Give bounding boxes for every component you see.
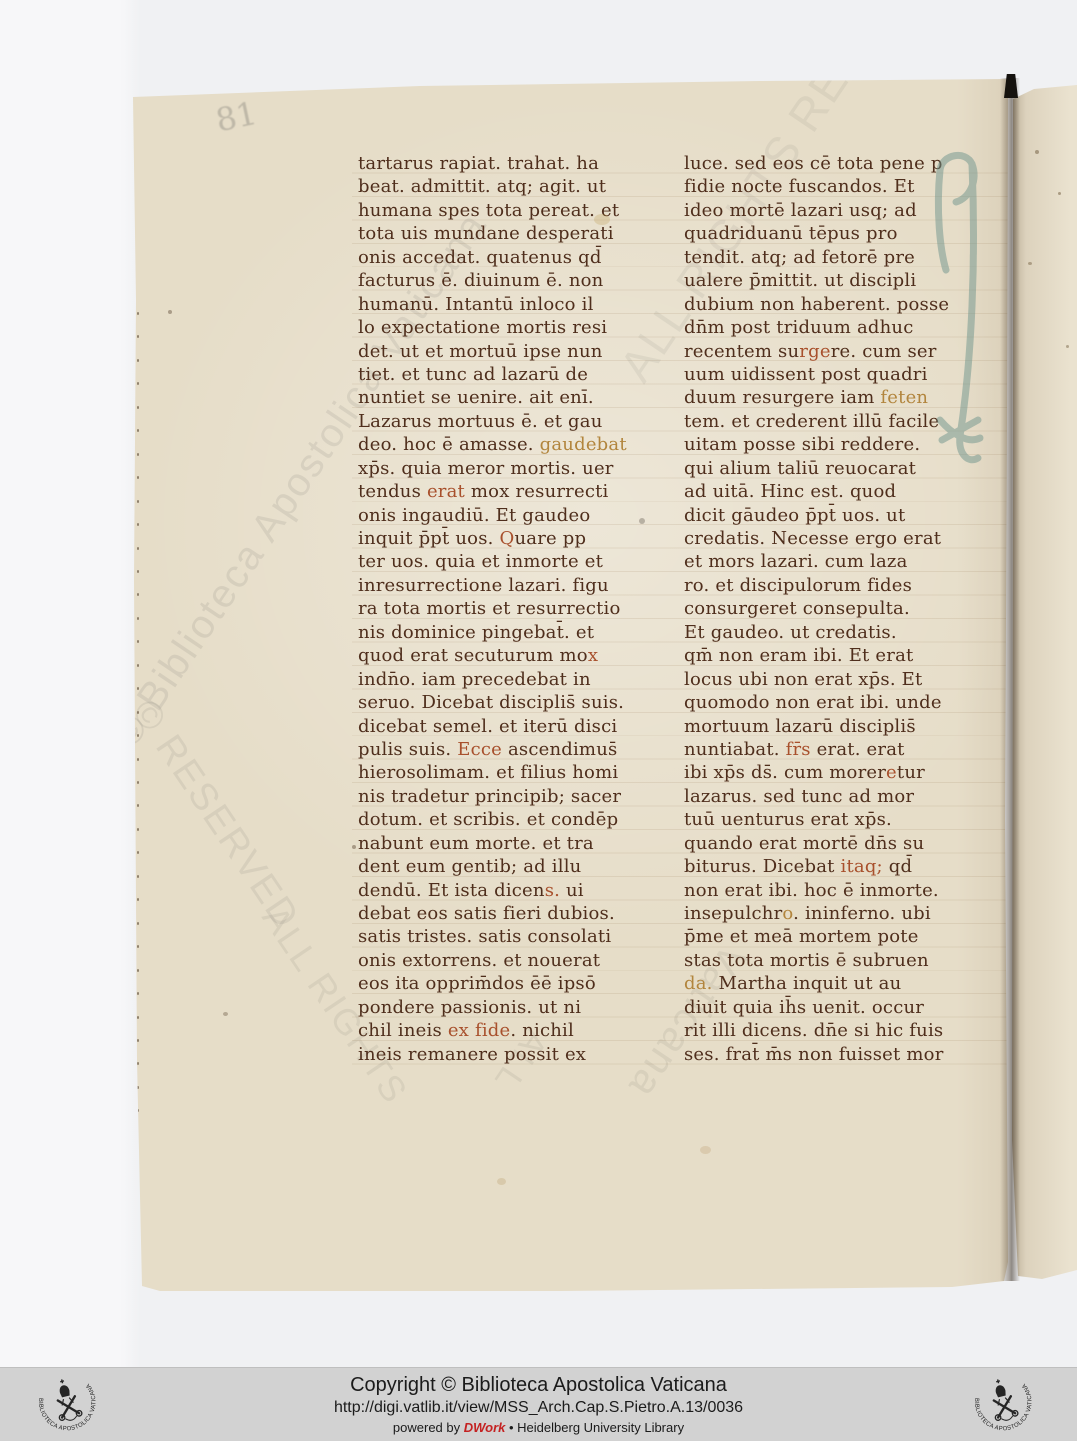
pricking-hole [137, 500, 139, 503]
manuscript-text-segment: Q [500, 528, 515, 549]
stain-spot [1066, 345, 1069, 348]
manuscript-text-segment: ascendimus̄ [502, 739, 617, 760]
manuscript-line: mortuum lazarū disciplis̄ [684, 715, 1006, 738]
manuscript-line: nis dominice pingebat̄. et [358, 621, 680, 644]
pricking-hole [137, 617, 139, 620]
manuscript-line: Lazarus mortuus ē. et gau [358, 410, 680, 433]
pricking-hole [137, 945, 139, 948]
manuscript-line: Et gaudeo. ut credatis. [684, 621, 1006, 644]
manuscript-line: pondere passionis. ut ni [358, 996, 680, 1019]
pricking-hole [137, 875, 139, 878]
pricking-hole [137, 453, 139, 456]
pricking-hole [137, 1109, 139, 1112]
pricking-hole [137, 359, 139, 362]
manuscript-line: lo expectatione mortis resi [358, 316, 680, 339]
manuscript-line: deo. hoc ē amasse. gaudebat [358, 433, 680, 456]
manuscript-text-segment: inresurrectione lazari. figu [358, 575, 609, 596]
manuscript-text-segment: uum uidissent post quadri [684, 364, 928, 385]
manuscript-text-segment: tuū uenturus erat xp̄s. [684, 809, 892, 830]
manuscript-line: credatis. Necesse ergo erat [684, 527, 1006, 550]
manuscript-line: biturus. Dicebat itaq; qd̄ [684, 855, 1006, 878]
manuscript-text-segment: ses. frat̄ m̄s non fuisset mor [684, 1044, 944, 1065]
footer-url: http://digi.vatlib.it/view/MSS_Arch.Cap.… [0, 1399, 1077, 1417]
pricking-hole [137, 711, 139, 714]
manuscript-text-segment: fidie nocte fuscandos. Et [684, 176, 915, 197]
svg-text:BIBLIOTECA APOSTOLICA VATICANA: BIBLIOTECA APOSTOLICA VATICANA [970, 1381, 1040, 1439]
manuscript-text-segment: pulis suis. [358, 739, 457, 760]
manuscript-text-segment: consurgeret consepulta. [684, 598, 910, 619]
manuscript-text-segment: ex fide [448, 1020, 511, 1041]
manuscript-text-segment: indn̄o. iam precedebat in [358, 669, 591, 690]
manuscript-text-segment: dicit gāudeo p̄pt̄ uos. ut [684, 505, 905, 526]
manuscript-text-segment: Et gaudeo. ut credatis. [684, 622, 897, 643]
pricking-hole [137, 547, 139, 550]
manuscript-line: xp̄s. quia meror mortis. uer [358, 457, 680, 480]
manuscript-text-segment: hierosolimam. et filius homi [358, 762, 618, 783]
manuscript-text-segment: onis accedat. quatenus qd̄ [358, 247, 602, 268]
manuscript-text-segment: nis dominice pingebat̄. et [358, 622, 594, 643]
manuscript-line: dicit gāudeo p̄pt̄ uos. ut [684, 504, 1006, 527]
manuscript-text-segment: xp̄s. quia meror mortis. uer [358, 458, 614, 479]
manuscript-text-segment: qm̄ non eram ibi. Et erat [684, 645, 913, 666]
stain-spot [639, 518, 645, 524]
manuscript-text-segment: inquit p̄pt̄ uos. [358, 528, 500, 549]
manuscript-line: facturus ē. diuinum ē. non [358, 269, 680, 292]
manuscript-text-segment: uare pp [514, 528, 586, 549]
manuscript-text-segment: onis extorrens. et nouerat [358, 950, 600, 971]
viewer-footer: Copyright © Biblioteca Apostolica Vatica… [0, 1367, 1077, 1441]
manuscript-text-segment: non erat ibi. hoc ē inmorte. [684, 880, 939, 901]
manuscript-line: debat eos satis fieri dubios. [358, 902, 680, 925]
manuscript-line: onis extorrens. et nouerat [358, 949, 680, 972]
powered-by-separator: • [505, 1420, 517, 1435]
manuscript-line: nis tradetur principib; sacer [358, 785, 680, 808]
manuscript-text-segment: s. [545, 880, 560, 901]
manuscript-text-segment: ad uitā. Hinc est. quod [684, 481, 896, 502]
manuscript-line: dent eum gentib; ad illu [358, 855, 680, 878]
manuscript-text-segment: humana spes tota pereat. et [358, 200, 619, 221]
manuscript-line: dendū. Et ista dicens. ui [358, 879, 680, 902]
manuscript-text-segment: tem. et crederent illū facile [684, 411, 939, 432]
manuscript-line: stas tota mortis ē subruen [684, 949, 1006, 972]
manuscript-text-segment: quod erat secuturum mo [358, 645, 588, 666]
manuscript-viewer: © Biblioteca Apostolica VaticanaALL RIGH… [0, 0, 1077, 1441]
manuscript-line: quando erat mortē dn̄s su [684, 832, 1006, 855]
manuscript-line: humanū. Intantū inloco il [358, 293, 680, 316]
page-gutter [1000, 78, 1020, 1281]
pricking-hole [137, 570, 139, 573]
manuscript-line: consurgeret consepulta. [684, 597, 1006, 620]
manuscript-text-segment: ro. et discipulorum fides [684, 575, 912, 596]
manuscript-text-segment: nabunt eum morte. et tra [358, 833, 594, 854]
manuscript-line: rit illi dicens. dn̄e si hic fuis [684, 1019, 1006, 1042]
manuscript-text-segment: et mors lazari. cum laza [684, 551, 908, 572]
manuscript-line: et mors lazari. cum laza [684, 550, 1006, 573]
manuscript-text-segment: da. [684, 973, 713, 994]
manuscript-text-segment: ualere p̄mittit. ut discipli [684, 270, 916, 291]
manuscript-line: ra tota mortis et resurrectio [358, 597, 680, 620]
manuscript-text-segment: p̄me et meā mortem pote [684, 926, 919, 947]
manuscript-line: tiet. et tunc ad lazarū de [358, 363, 680, 386]
manuscript-line: humana spes tota pereat. et [358, 199, 680, 222]
manuscript-text-segment: eos ita opprim̄dos ēē ipsō [358, 973, 596, 994]
pricking-hole [137, 758, 139, 761]
manuscript-line: da. Martha inquit ut au [684, 972, 1006, 995]
manuscript-text-segment: lazarus. sed tunc ad mor [684, 786, 914, 807]
manuscript-line: satis tristes. satis consolati [358, 925, 680, 948]
pricking-hole [137, 1086, 139, 1089]
manuscript-line: locus ubi non erat xp̄s. Et [684, 668, 1006, 691]
stain-spot [594, 214, 610, 225]
manuscript-text-segment: stas tota mortis ē subruen [684, 950, 929, 971]
manuscript-text-segment: luce. sed eos cē tota pene p [684, 153, 943, 174]
stain-spot [1028, 262, 1032, 265]
manuscript-text-segment: facturus ē. diuinum ē. non [358, 270, 603, 291]
manuscript-text-segment: dendū. Et ista dicen [358, 880, 545, 901]
pricking-hole [137, 312, 139, 315]
manuscript-text-segment: . ininferno. ubi [793, 903, 931, 924]
pricking-hole [137, 1062, 139, 1065]
manuscript-line: nabunt eum morte. et tra [358, 832, 680, 855]
pricking-hole [137, 781, 139, 784]
pricking-hole [137, 664, 139, 667]
manuscript-text-segment: quomodo non erat ibi. unde [684, 692, 942, 713]
manuscript-text-segment: mox resurrecti [465, 481, 609, 502]
pencil-foliation: 81 [212, 94, 260, 140]
dwork-label: DWork [464, 1420, 506, 1435]
manuscript-text-segment: satis tristes. satis consolati [358, 926, 611, 947]
manuscript-text-segment: quadriduanū tēpus pro [684, 223, 898, 244]
manuscript-text-segment: nis tradetur principib; sacer [358, 786, 621, 807]
svg-text:BIBLIOTECA APOSTOLICA VATICANA: BIBLIOTECA APOSTOLICA VATICANA [34, 1381, 104, 1439]
manuscript-text-segment: tendit. atq; ad fetorē pre [684, 247, 915, 268]
manuscript-line: tendus erat mox resurrecti [358, 480, 680, 503]
pricking-hole [137, 476, 139, 479]
manuscript-text-segment: itaq; [841, 856, 883, 877]
manuscript-text-segment: ra tota mortis et resurrectio [358, 598, 621, 619]
manuscript-line: indn̄o. iam precedebat in [358, 668, 680, 691]
vatican-library-seal-left: BIBLIOTECA APOSTOLICA VATICANA [16, 1366, 120, 1441]
manuscript-text-segment: seruo. Dicebat disciplis̄ suis. [358, 692, 624, 713]
manuscript-line: ro. et discipulorum fides [684, 574, 1006, 597]
pricking-hole [137, 828, 139, 831]
manuscript-line: det. ut et mortuū ipse nun [358, 340, 680, 363]
manuscript-text-segment: lo expectatione mortis resi [358, 317, 607, 338]
manuscript-text-segment: ibi xp̄s ds̄. cum morer [684, 762, 886, 783]
manuscript-text-segment: ter uos. quia et inmorte et [358, 551, 603, 572]
stain-spot [1035, 150, 1039, 154]
seal-arc-text: BIBLIOTECA APOSTOLICA VATICANA [34, 1381, 104, 1439]
manuscript-line: p̄me et meā mortem pote [684, 925, 1006, 948]
manuscript-line: seruo. Dicebat disciplis̄ suis. [358, 691, 680, 714]
seal-arc-text: BIBLIOTECA APOSTOLICA VATICANA [970, 1381, 1040, 1439]
watermark-text: © RESERVED [123, 692, 308, 937]
manuscript-text-segment: qui alium taliū reuocarat [684, 458, 916, 479]
manuscript-text-segment: recentem su [684, 341, 799, 362]
manuscript-text-segment: dn̄m post triduum adhuc [684, 317, 913, 338]
manuscript-line: hierosolimam. et filius homi [358, 761, 680, 784]
pricking-hole [137, 523, 139, 526]
manuscript-text-segment: diuit quia ih̄s uenit. occur [684, 997, 924, 1018]
manuscript-text-segment: beat. admittit. atq; agit. ut [358, 176, 606, 197]
pricking-hole [137, 1016, 139, 1019]
manuscript-line: qm̄ non eram ibi. Et erat [684, 644, 1006, 667]
manuscript-line: onis accedat. quatenus qd̄ [358, 246, 680, 269]
manuscript-text-segment: dubium non haberent. posse [684, 294, 949, 315]
powered-by-suffix: Heidelberg University Library [517, 1420, 684, 1435]
stain-spot [352, 845, 356, 849]
manuscript-text-segment: uitam posse sibi reddere. [684, 434, 920, 455]
manuscript-text-segment: tiet. et tunc ad lazarū de [358, 364, 588, 385]
manuscript-text-segment: erat [427, 481, 465, 502]
manuscript-line: ad uitā. Hinc est. quod [684, 480, 1006, 503]
manuscript-text-segment: Martha inquit ut au [713, 973, 902, 994]
manuscript-text-segment: tendus [358, 481, 427, 502]
text-column-left: tartarus rapiat. trahat. habeat. admitti… [358, 152, 680, 1066]
manuscript-text-segment: insepulchr [684, 903, 782, 924]
manuscript-text-segment: fr̄s [786, 739, 811, 760]
manuscript-text-segment: tur [897, 762, 925, 783]
manuscript-text-segment: rge [799, 341, 830, 362]
manuscript-text-segment: rit illi dicens. dn̄e si hic fuis [684, 1020, 943, 1041]
pricking-hole [137, 335, 139, 338]
manuscript-text-segment: nuntiabat. [684, 739, 786, 760]
manuscript-text-segment: ineis remanere possit ex [358, 1044, 586, 1065]
stain-spot [700, 1146, 711, 1154]
manuscript-line: quomodo non erat ibi. unde [684, 691, 1006, 714]
footer-copyright: Copyright © Biblioteca Apostolica Vatica… [0, 1374, 1077, 1397]
manuscript-line: inresurrectione lazari. figu [358, 574, 680, 597]
manuscript-text-segment: det. ut et mortuū ipse nun [358, 341, 603, 362]
manuscript-text-segment: Ecce [457, 739, 502, 760]
scan-background: © Biblioteca Apostolica VaticanaALL RIGH… [0, 0, 1077, 1367]
manuscript-text-segment: quando erat mortē dn̄s su [684, 833, 924, 854]
manuscript-text-segment: . nichil [510, 1020, 574, 1041]
pricking-hole [137, 922, 139, 925]
manuscript-text-segment: e [886, 762, 897, 783]
stain-spot [497, 1178, 506, 1185]
manuscript-line: eos ita opprim̄dos ēē ipsō [358, 972, 680, 995]
manuscript-line: ineis remanere possit ex [358, 1043, 680, 1066]
manuscript-text-segment: humanū. Intantū inloco il [358, 294, 594, 315]
manuscript-text-segment: onis ingaudiū. Et gaudeo [358, 505, 590, 526]
manuscript-text-segment: tota uis mundane desperati [358, 223, 614, 244]
manuscript-line: beat. admittit. atq; agit. ut [358, 175, 680, 198]
manuscript-text-segment: x [588, 645, 598, 666]
manuscript-text-segment: mortuum lazarū disciplis̄ [684, 716, 916, 737]
stain-spot [1058, 192, 1061, 195]
manuscript-line: nuntiabat. fr̄s erat. erat [684, 738, 1006, 761]
manuscript-line: non erat ibi. hoc ē inmorte. [684, 879, 1006, 902]
manuscript-line: insepulchro. ininferno. ubi [684, 902, 1006, 925]
pricking-hole [137, 969, 139, 972]
manuscript-line: ter uos. quia et inmorte et [358, 550, 680, 573]
manuscript-text-segment: credatis. Necesse ergo erat [684, 528, 941, 549]
vatican-library-seal-right: BIBLIOTECA APOSTOLICA VATICANA [952, 1366, 1056, 1441]
pricking-hole [137, 851, 139, 854]
manuscript-text-segment: gaudebat [540, 434, 627, 455]
manuscript-line: dotum. et scribis. et condēp [358, 808, 680, 831]
pricking-hole [137, 640, 139, 643]
manuscript-line: lazarus. sed tunc ad mor [684, 785, 1006, 808]
pricking-hole [137, 429, 139, 432]
manuscript-text-segment: chil ineis [358, 1020, 448, 1041]
manuscript-text-segment: pondere passionis. ut ni [358, 997, 581, 1018]
manuscript-line: inquit p̄pt̄ uos. Quare pp [358, 527, 680, 550]
manuscript-line: dicebat semel. et iterū disci [358, 715, 680, 738]
pricking-hole [137, 898, 139, 901]
manuscript-line: tuū uenturus erat xp̄s. [684, 808, 1006, 831]
manuscript-text-segment: dent eum gentib; ad illu [358, 856, 581, 877]
manuscript-text-segment: locus ubi non erat xp̄s. Et [684, 669, 922, 690]
manuscript-text-segment: debat eos satis fieri dubios. [358, 903, 615, 924]
manuscript-text-segment: deo. hoc ē amasse. [358, 434, 540, 455]
manuscript-text-segment: Lazarus mortuus ē. et gau [358, 411, 603, 432]
pricking-hole [137, 382, 139, 385]
manuscript-line: tartarus rapiat. trahat. ha [358, 152, 680, 175]
manuscript-line: ses. frat̄ m̄s non fuisset mor [684, 1043, 1006, 1066]
manuscript-line: onis ingaudiū. Et gaudeo [358, 504, 680, 527]
decorated-initial-p [912, 148, 1007, 478]
pricking-hole [137, 804, 139, 807]
manuscript-line: nuntiet se uenire. ait enī. [358, 386, 680, 409]
manuscript-line: ibi xp̄s ds̄. cum moreretur [684, 761, 1006, 784]
manuscript-page: © Biblioteca Apostolica VaticanaALL RIGH… [0, 0, 1077, 1367]
pricking-hole [137, 406, 139, 409]
manuscript-text-segment: qd̄ [883, 856, 912, 877]
manuscript-text-segment: tartarus rapiat. trahat. ha [358, 153, 599, 174]
manuscript-line: tota uis mundane desperati [358, 222, 680, 245]
manuscript-text-segment: biturus. Dicebat [684, 856, 841, 877]
stain-spot [168, 310, 172, 314]
manuscript-text-segment: ideo mortē lazari usq; ad [684, 200, 917, 221]
powered-by-prefix: powered by [393, 1420, 464, 1435]
manuscript-line: diuit quia ih̄s uenit. occur [684, 996, 1006, 1019]
manuscript-text-segment: nuntiet se uenire. ait enī. [358, 387, 594, 408]
manuscript-text-segment: dicebat semel. et iterū disci [358, 716, 617, 737]
pricking-hole [137, 593, 139, 596]
manuscript-text-segment: dotum. et scribis. et condēp [358, 809, 618, 830]
manuscript-text-segment: o [782, 903, 793, 924]
manuscript-line: chil ineis ex fide. nichil [358, 1019, 680, 1042]
manuscript-line: quod erat secuturum mox [358, 644, 680, 667]
manuscript-text-segment: ui [560, 880, 584, 901]
manuscript-text-segment: duum resurgere iam [684, 387, 880, 408]
footer-powered-by: powered by DWork • Heidelberg University… [0, 1420, 1077, 1435]
pricking-hole [137, 1039, 139, 1042]
pricking-hole [137, 992, 139, 995]
manuscript-text-segment: erat. erat [811, 739, 905, 760]
stain-spot [223, 1012, 228, 1016]
manuscript-line: pulis suis. Ecce ascendimus̄ [358, 738, 680, 761]
